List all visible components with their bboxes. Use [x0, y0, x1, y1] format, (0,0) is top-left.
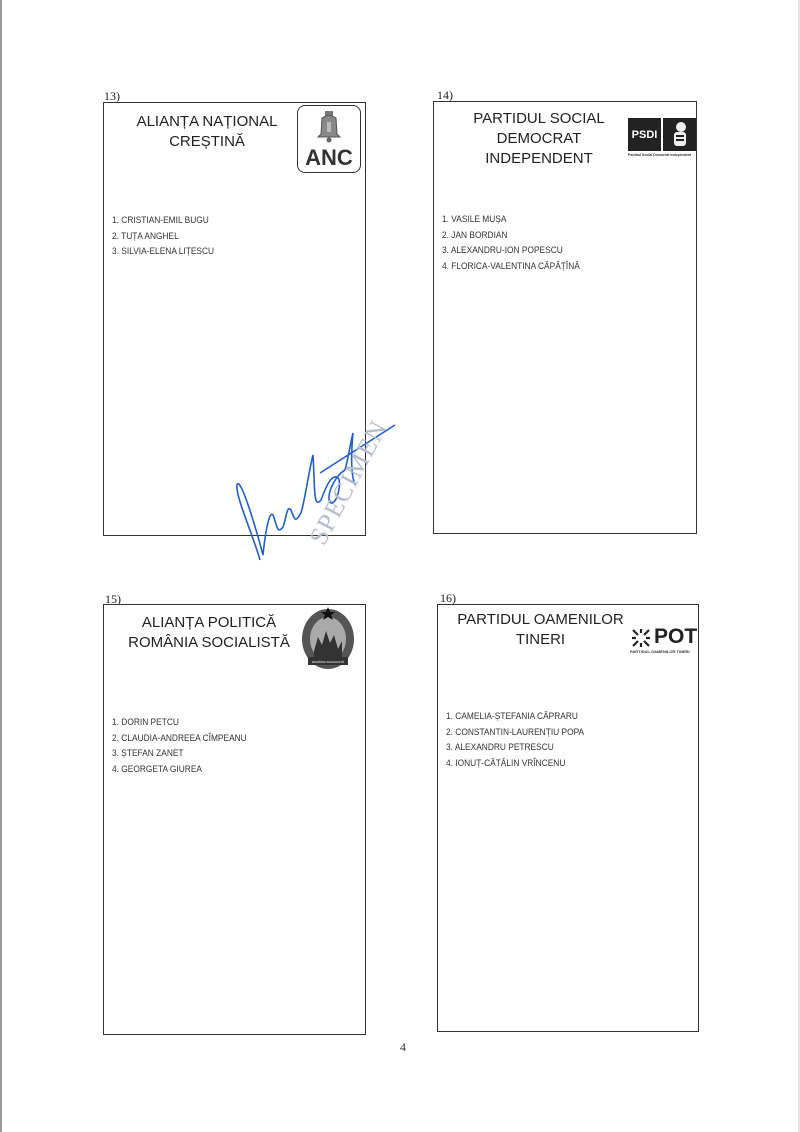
scan-edge-left [0, 0, 2, 1132]
candidate: 3. SILVIA-ELENA LIȚESCU [112, 244, 214, 260]
anc-logo-text: ANC [298, 145, 360, 171]
party-title: PARTIDUL OAMENILOR TINERI [438, 610, 643, 650]
party-title: ALIANȚA NAȚIONAL CREȘTINĂ [104, 112, 310, 152]
ballot-box-14: PARTIDUL SOCIAL DEMOCRAT INDEPENDENT PSD… [433, 101, 697, 534]
title-line: ALIANȚA POLITICĂ [104, 613, 314, 633]
pot-logo-icon [630, 627, 652, 649]
candidate: 2. TUȚA ANGHEL [112, 229, 214, 245]
title-line: ROMÂNIA SOCIALISTĂ [104, 633, 314, 653]
pot-logo-subtitle: PARTIDUL OAMENILOR TINERI [630, 649, 690, 654]
ballot-box-15: ALIANȚA POLITICĂ ROMÂNIA SOCIALISTĂ ROMÂ… [103, 604, 366, 1035]
title-line: PARTIDUL OAMENILOR [438, 610, 643, 630]
title-line: TINERI [438, 630, 643, 650]
bell-icon [316, 110, 342, 146]
coat-of-arms-logo: ROMÂNIA SOCIALISTĂ [300, 605, 356, 675]
title-line: INDEPENDENT [434, 149, 644, 169]
candidate: 1. CRISTIAN-EMIL BUGU [112, 213, 214, 229]
ballot-box-16: PARTIDUL OAMENILOR TINERI POT PARTIDUL O… [437, 604, 699, 1032]
candidate: 4. FLORICA-VALENTINA CĂPĂȚÎNĂ [442, 259, 580, 275]
candidate: 3. ALEXANDRU PETRESCU [446, 740, 584, 756]
pot-logo: POT PARTIDUL OAMENILOR TINERI [630, 627, 700, 657]
psdi-logo: PSDI Partidul Social Democrat Independen… [628, 118, 698, 160]
candidate-list: 1. VASILE MUȘA 2. JAN BORDIAN 3. ALEXAND… [442, 212, 580, 274]
pot-logo-text: POT [654, 625, 697, 649]
psdi-logo-text: PSDI [628, 118, 661, 151]
anc-logo: ANC [297, 105, 361, 173]
candidate-list: 1. CRISTIAN-EMIL BUGU 2. TUȚA ANGHEL 3. … [112, 213, 214, 260]
candidate: 2. JAN BORDIAN [442, 228, 580, 244]
candidate: 1. CAMELIA-ȘTEFANIA CĂPRARU [446, 709, 584, 725]
candidate: 3. ALEXANDRU-ION POPESCU [442, 243, 580, 259]
coat-of-arms-icon: ROMÂNIA SOCIALISTĂ [300, 605, 356, 675]
title-line: ALIANȚA NAȚIONAL [104, 112, 310, 132]
party-title: PARTIDUL SOCIAL DEMOCRAT INDEPENDENT [434, 109, 644, 169]
candidate: 2. CLAUDIA-ANDREEA CÎMPEANU [112, 731, 247, 747]
svg-text:ROMÂNIA SOCIALISTĂ: ROMÂNIA SOCIALISTĂ [312, 659, 344, 664]
psdi-logo-icon [663, 118, 696, 151]
candidate: 3. ȘTEFAN ZANET [112, 746, 247, 762]
title-line: PARTIDUL SOCIAL [434, 109, 644, 129]
candidate: 1. VASILE MUȘA [442, 212, 580, 228]
candidate: 2. CONSTANTIN-LAURENȚIU POPA [446, 725, 584, 741]
candidate-list: 1. DORIN PETCU 2. CLAUDIA-ANDREEA CÎMPEA… [112, 715, 247, 777]
psdi-logo-subtitle: Partidul Social Democrat Independent [628, 153, 691, 157]
candidate: 4. GEORGETA GIUREA [112, 762, 247, 778]
page-number: 4 [400, 1040, 406, 1055]
title-line: DEMOCRAT [434, 129, 644, 149]
title-line: CREȘTINĂ [104, 132, 310, 152]
party-title: ALIANȚA POLITICĂ ROMÂNIA SOCIALISTĂ [104, 613, 314, 653]
candidate-list: 1. CAMELIA-ȘTEFANIA CĂPRARU 2. CONSTANTI… [446, 709, 584, 771]
candidate: 1. DORIN PETCU [112, 715, 247, 731]
candidate: 4. IONUȚ-CĂTĂLIN VRÎNCENU [446, 756, 584, 772]
